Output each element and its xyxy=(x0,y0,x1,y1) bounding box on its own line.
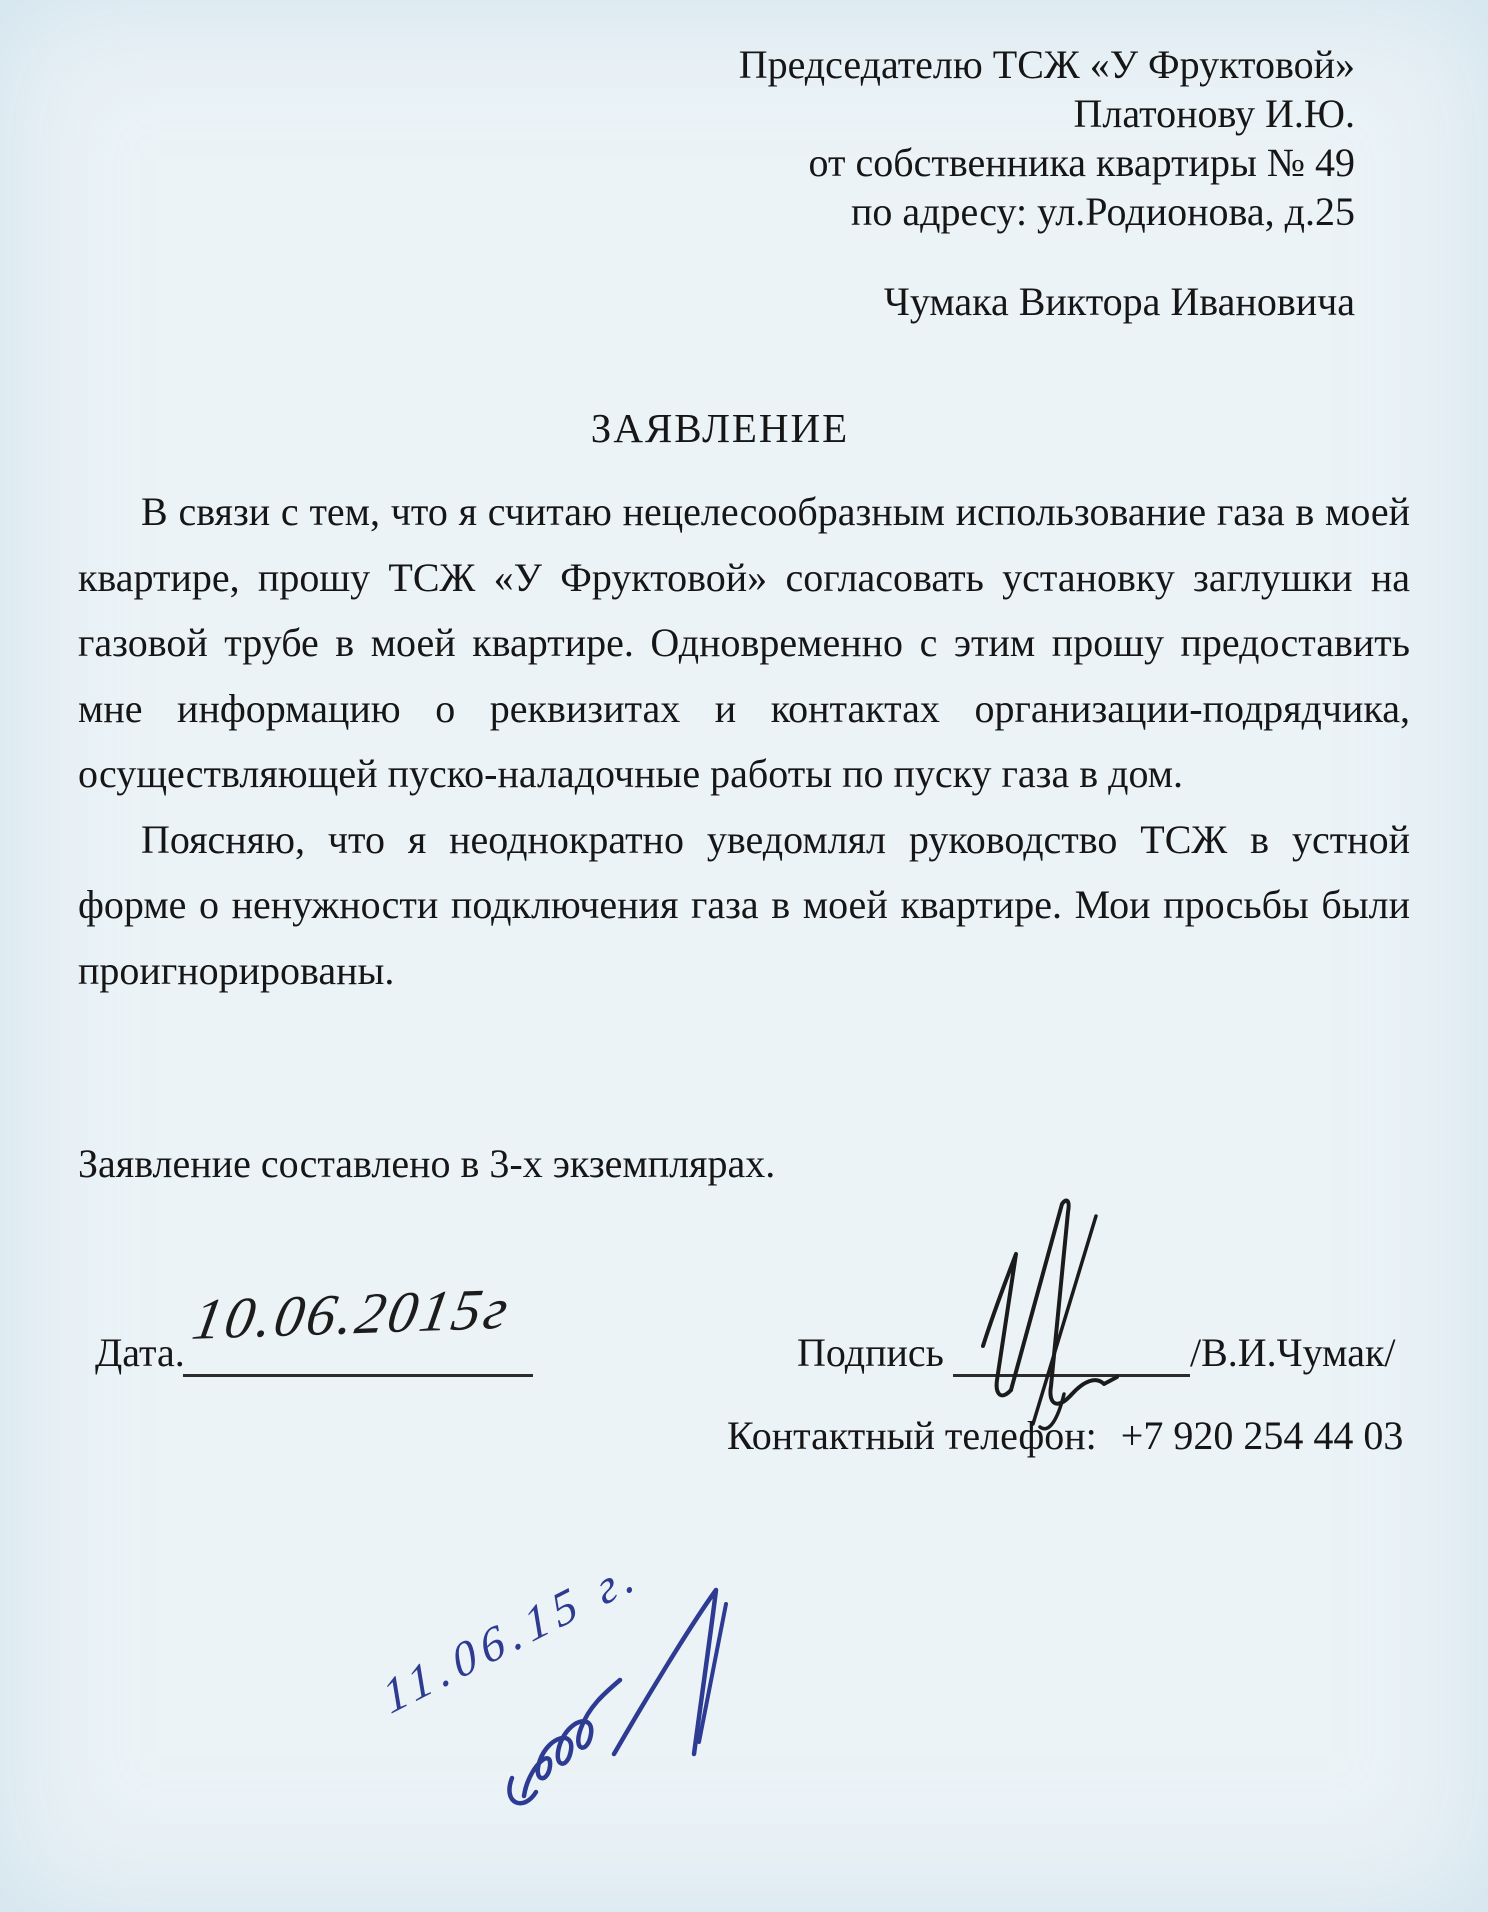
paragraph-2: Поясняю, что я неоднократно уведомлял ру… xyxy=(78,807,1410,1004)
phone-value: +7 920 254 44 03 xyxy=(1121,1413,1404,1458)
date-label: Дата. xyxy=(95,1329,185,1377)
applicant-name: Чумака Виктора Ивановича xyxy=(884,278,1355,326)
handwritten-signature xyxy=(945,1188,1195,1443)
recipient-line-2: Платонову И.Ю. xyxy=(739,89,1355,138)
signature-label: Подпись xyxy=(797,1329,944,1377)
paragraph-1: В связи с тем, что я считаю нецелесообра… xyxy=(78,479,1410,807)
contact-phone-row: Контактный телефон:+7 920 254 44 03 xyxy=(727,1412,1403,1460)
handwritten-date: 10.06.2015г xyxy=(188,1277,516,1352)
date-underline xyxy=(183,1374,533,1377)
recipient-block: Председателю ТСЖ «У Фруктовой» Платонову… xyxy=(739,40,1355,236)
recipient-line-1: Председателю ТСЖ «У Фруктовой» xyxy=(739,40,1355,89)
recipient-line-3: от собственника квартиры № 49 xyxy=(739,138,1355,187)
body-text: В связи с тем, что я считаю нецелесообра… xyxy=(78,479,1410,1003)
handwritten-note-signature xyxy=(492,1582,742,1817)
recipient-line-4: по адресу: ул.Родионова, д.25 xyxy=(739,187,1355,236)
copies-note: Заявление составлено в 3-х экземплярах. xyxy=(78,1138,775,1190)
signature-decoded-name: /В.И.Чумак/ xyxy=(1190,1329,1396,1377)
scanned-application-letter: Председателю ТСЖ «У Фруктовой» Платонову… xyxy=(0,0,1488,1912)
phone-label: Контактный телефон: xyxy=(727,1413,1097,1458)
document-title: ЗАЯВЛЕНИЕ xyxy=(0,404,1440,453)
